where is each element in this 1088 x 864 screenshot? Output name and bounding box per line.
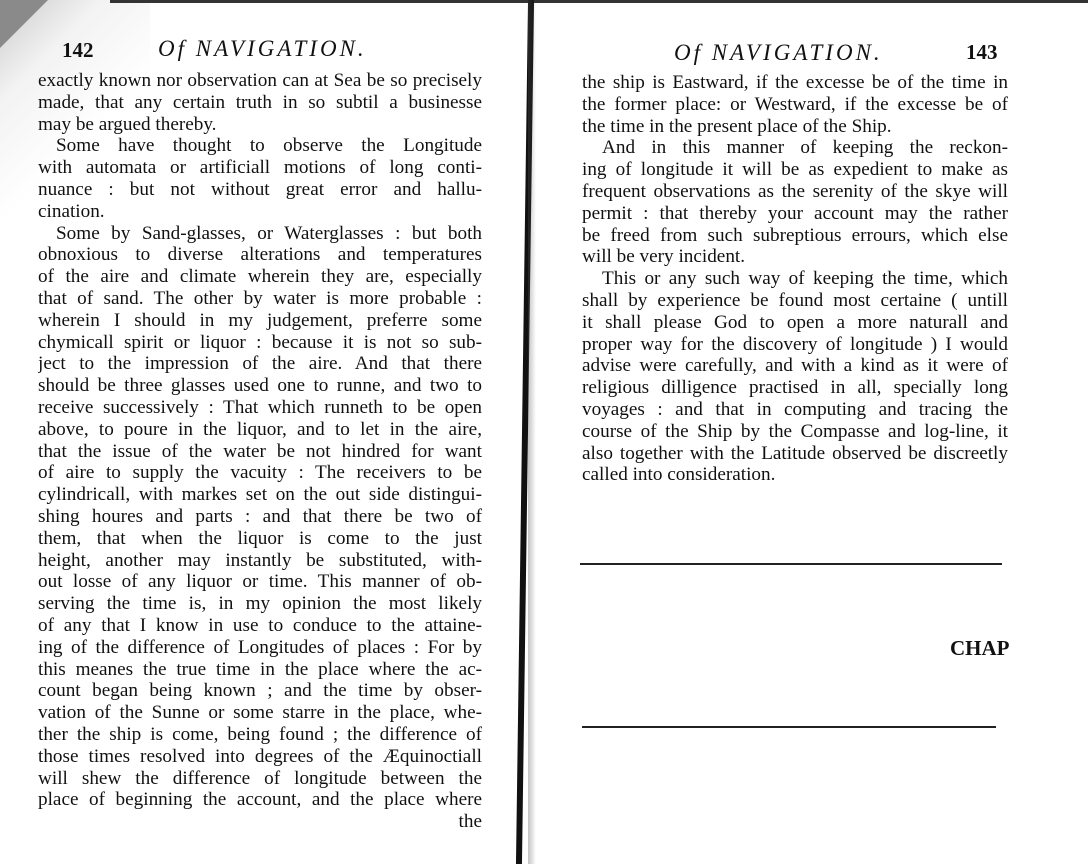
text-line: course of the Ship by the Compasse and l…	[582, 421, 1008, 443]
text-line: also together with the Latitude observed…	[582, 443, 1008, 465]
text-line: ther the ship is come, being found ; the…	[38, 724, 482, 746]
text-line: shing houres and parts : and that there …	[38, 506, 482, 528]
text-line: Some by Sand-glasses, or Waterglasses : …	[38, 223, 482, 245]
body-text: the ship is Eastward, if the excesse be …	[582, 72, 1008, 486]
text-line: cination.	[38, 201, 482, 223]
text-line: nuance : but not without great error and…	[38, 179, 482, 201]
text-line: ing of the difference of Longitudes of p…	[38, 637, 482, 659]
text-line: will be very incident.	[582, 246, 1008, 268]
text-line: ing of longitude it will be as expedient…	[582, 159, 1008, 181]
text-line: frequent observations as the serenity of…	[582, 181, 1008, 203]
text-line: will shew the difference of longitude be…	[38, 768, 482, 790]
left-page: 142 Of NAVIGATION. exactly known nor obs…	[0, 0, 522, 864]
section-rule-top	[580, 563, 1002, 565]
text-line: This or any such way of keeping the time…	[582, 268, 1008, 290]
text-line: called into consideration.	[582, 464, 1008, 486]
right-page: Of NAVIGATION. 143 the ship is Eastward,…	[536, 0, 1088, 864]
text-line: Some have thought to observe the Longitu…	[38, 135, 482, 157]
text-line: the ship is Eastward, if the excesse be …	[582, 72, 1008, 94]
text-line: height, another may instantly be substit…	[38, 550, 482, 572]
text-line: this meanes the true time in the place w…	[38, 659, 482, 681]
text-line: exactly known nor observation can at Sea…	[38, 70, 482, 92]
text-line: chymicall spirit or liquor : because it …	[38, 332, 482, 354]
text-line: religious dilligence practised in all, s…	[582, 377, 1008, 399]
catchword: the	[38, 811, 482, 833]
running-head: Of NAVIGATION.	[674, 40, 883, 66]
text-line: permit : that thereby your account may t…	[582, 203, 1008, 225]
text-line: receive successively : That which runnet…	[38, 397, 482, 419]
text-line: above, to poure in the liquor, and to le…	[38, 419, 482, 441]
text-line: that of sand. The other by water is more…	[38, 288, 482, 310]
text-line: with automata or artificiall motions of …	[38, 157, 482, 179]
catchword: CHAP	[950, 636, 1010, 661]
text-line: advise were carefully, and with a kind a…	[582, 355, 1008, 377]
text-line: cylindricall, with markes set on the out…	[38, 484, 482, 506]
text-line: that the issue of the water be not hindr…	[38, 441, 482, 463]
text-line: vation of the Sunne or some starre in th…	[38, 702, 482, 724]
text-line: obnoxious to diverse alterations and tem…	[38, 244, 482, 266]
running-head: Of NAVIGATION.	[158, 36, 367, 62]
text-line: it shall please God to open a more natur…	[582, 312, 1008, 334]
page-number: 142	[62, 38, 94, 63]
text-line: place of beginning the account, and the …	[38, 789, 482, 811]
text-line: of the aire and climate wherein they are…	[38, 266, 482, 288]
text-line: made, that any certain truth in so subti…	[38, 92, 482, 114]
text-line: shall by experience be found most certai…	[582, 290, 1008, 312]
section-rule-bottom	[582, 726, 996, 728]
text-line: serving the time is, in my opinion the m…	[38, 593, 482, 615]
text-line: wherein I should in my judgement, prefer…	[38, 310, 482, 332]
text-line: of any that I know in use to conduce to …	[38, 615, 482, 637]
text-line: the time in the present place of the Shi…	[582, 116, 1008, 138]
text-line: those times resolved into degrees of the…	[38, 746, 482, 768]
text-line: voyages : and that in computing and trac…	[582, 399, 1008, 421]
text-line: count began being known ; and the time b…	[38, 680, 482, 702]
text-line: ject to the impression of the aire. And …	[38, 353, 482, 375]
text-line: may be argued thereby.	[38, 114, 482, 136]
text-line: proper way for the discovery of longitud…	[582, 334, 1008, 356]
gutter-shade	[528, 0, 536, 864]
text-line: should be three glasses used one to runn…	[38, 375, 482, 397]
text-line: them, that when the liquor is come to th…	[38, 528, 482, 550]
text-line: the former place: or Westward, if the ex…	[582, 94, 1008, 116]
body-text: exactly known nor observation can at Sea…	[38, 70, 482, 833]
text-line: out losse of any liquor or time. This ma…	[38, 571, 482, 593]
text-line: And in this manner of keeping the reckon…	[582, 137, 1008, 159]
page-number: 143	[966, 40, 998, 65]
text-line: be freed from such subreptious errours, …	[582, 225, 1008, 247]
text-line: of aire to supply the vacuity : The rece…	[38, 462, 482, 484]
